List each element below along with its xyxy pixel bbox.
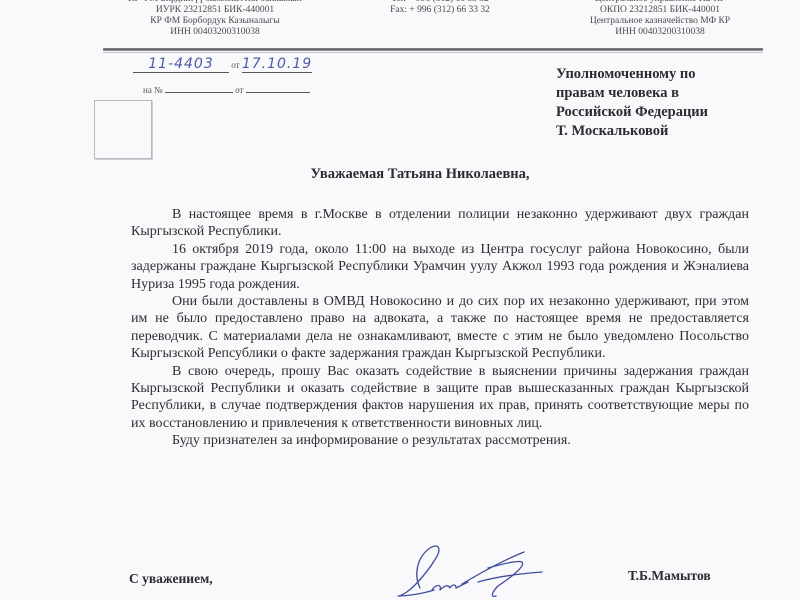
- letter-body: В настоящее время в г.Москве в отделении…: [131, 206, 749, 450]
- letterhead-line: ИУРК 23212851 БИК-440001: [110, 5, 320, 16]
- salutation: Уважаемая Татьяна Николаевна,: [0, 166, 800, 183]
- reply-reference: на № от: [133, 82, 310, 95]
- addressee-block: Уполномоченному по правам человека в Рос…: [556, 65, 708, 141]
- letter-page: КР ФМ Бирдиктүү мамлекеттик банкынын ИУР…: [0, 0, 800, 600]
- body-paragraph: 16 октября 2019 года, около 11:00 на вых…: [131, 241, 749, 293]
- stamp-placeholder-box: [94, 100, 152, 159]
- addressee-line: Уполномоченному по: [556, 65, 708, 84]
- letterhead-divider-thin: [103, 52, 763, 53]
- letterhead-line: ИНН 00403200310038: [110, 27, 320, 38]
- closing-phrase: С уважением,: [129, 571, 213, 587]
- letterhead-right-column: Центральное управление НБ КР ОКПО 232128…: [545, 0, 775, 38]
- reply-number-blank: [165, 82, 233, 93]
- addressee-line: Российской Федерации: [556, 103, 708, 122]
- handwritten-signature-icon: [392, 538, 552, 600]
- reply-number-label: на №: [143, 85, 163, 95]
- letterhead-left-column: КР ФМ Бирдиктүү мамлекеттик банкынын ИУР…: [110, 0, 320, 38]
- registration-number: 11-4403: [133, 56, 229, 73]
- reply-date-blank: [246, 82, 310, 93]
- registration-from-label: от: [231, 60, 239, 70]
- addressee-line: правам человека в: [556, 84, 708, 103]
- signer-name: Т.Б.Мамытов: [628, 568, 711, 584]
- registration-date: 17.10.19: [242, 56, 312, 73]
- addressee-line: Т. Москальковой: [556, 122, 708, 141]
- letterhead-divider: [103, 48, 763, 51]
- letterhead-line: ОКПО 23212851 БИК-440001: [545, 5, 775, 16]
- body-paragraph: В свою очередь, прошу Вас оказать содейс…: [131, 363, 749, 433]
- letterhead-line: Fax: + 996 (312) 66 33 32: [355, 5, 525, 16]
- letterhead-middle-column: Tel: + 996 (312) 66 33 32 Fax: + 996 (31…: [355, 0, 525, 16]
- body-paragraph: Буду признателен за информирование о рез…: [131, 432, 749, 449]
- outgoing-registration: 11-4403 от 17.10.19: [133, 56, 312, 73]
- letterhead-line: Центральное казначейство МФ КР: [545, 16, 775, 27]
- body-paragraph: В настоящее время в г.Москве в отделении…: [131, 206, 749, 241]
- letterhead-line: ИНН 00403200310038: [545, 27, 775, 38]
- body-paragraph: Они были доставлены в ОМВД Новокосино и …: [131, 293, 749, 363]
- reply-from-label: от: [235, 85, 243, 95]
- letterhead-line: КР ФМ Борбордук Казыналыгы: [110, 16, 320, 27]
